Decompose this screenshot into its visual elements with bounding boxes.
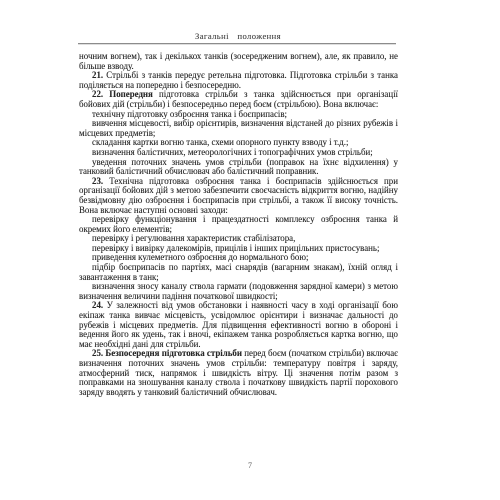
paragraph: визначення зносу каналу ствола гармати (… — [79, 282, 398, 301]
text-run: технічну підготовку озброєння танка і бо… — [92, 109, 287, 119]
text-run: визначення зносу каналу ствола гармати (… — [79, 281, 398, 301]
page-number: 7 — [0, 461, 500, 470]
paragraph: 24. У залежності від умов обстановки і н… — [79, 301, 398, 349]
header-rule — [78, 43, 396, 44]
paragraph: 25. Безпосередня підготовка стрільби пер… — [79, 349, 398, 397]
paragraph: 21. Стрільбі з танків передує ретельна п… — [79, 71, 398, 90]
text-run: Технічна підготовка озброєння танка і бо… — [79, 176, 398, 215]
text-run: уведення поточних значень умов стрільби … — [79, 157, 398, 177]
text-run: перевірку функціонування і працездатност… — [79, 214, 398, 234]
text-run: У залежності від умов обстановки і наявн… — [79, 300, 398, 348]
text-run: складання картки вогню танка, схеми опор… — [92, 137, 348, 147]
text-run: вивчення місцевості, вибір орієнтирів, в… — [79, 118, 398, 138]
text-run: перевірку і регулювання характеристик ст… — [92, 233, 295, 243]
bold-text-run: 23. — [92, 176, 103, 186]
text-run: визначення балістичних, метеорологічних … — [92, 147, 373, 157]
bold-text-run: 21. — [92, 70, 103, 80]
bold-text-run: 25. Безпосередня підготовка стрільби — [92, 348, 242, 358]
paragraph: підбір боєприпасів по партіях, масі снар… — [79, 263, 398, 282]
paragraph: ночним вогнем), так і декількох танків (… — [79, 52, 398, 71]
paragraph: вивчення місцевості, вибір орієнтирів, в… — [79, 119, 398, 138]
text-run: перевірку і вивірку далекомірів, прицілі… — [92, 243, 379, 253]
text-run: приведення кулеметного озброєння до норм… — [92, 252, 308, 262]
text-run: ночним вогнем), так і декількох танків (… — [79, 51, 398, 71]
paragraph: уведення поточних значень умов стрільби … — [79, 158, 398, 177]
running-head: Загальні положення — [79, 31, 397, 41]
bold-text-run: 24. — [92, 300, 103, 310]
bold-text-run: 22. Попередня — [92, 89, 153, 99]
paragraph: 23. Технічна підготовка озброєння танка … — [79, 177, 398, 215]
paragraph: перевірку функціонування і працездатност… — [79, 215, 398, 234]
scanned-document-page: Загальні положення ночним вогнем), так і… — [0, 0, 500, 500]
document-body: ночним вогнем), так і декількох танків (… — [79, 52, 398, 397]
paragraph: 22. Попередня підготовка стрільби з танк… — [79, 90, 398, 109]
text-run: підбір боєприпасів по партіях, масі снар… — [79, 262, 398, 282]
text-run: Стрільбі з танків передує ретельна підго… — [79, 70, 398, 90]
